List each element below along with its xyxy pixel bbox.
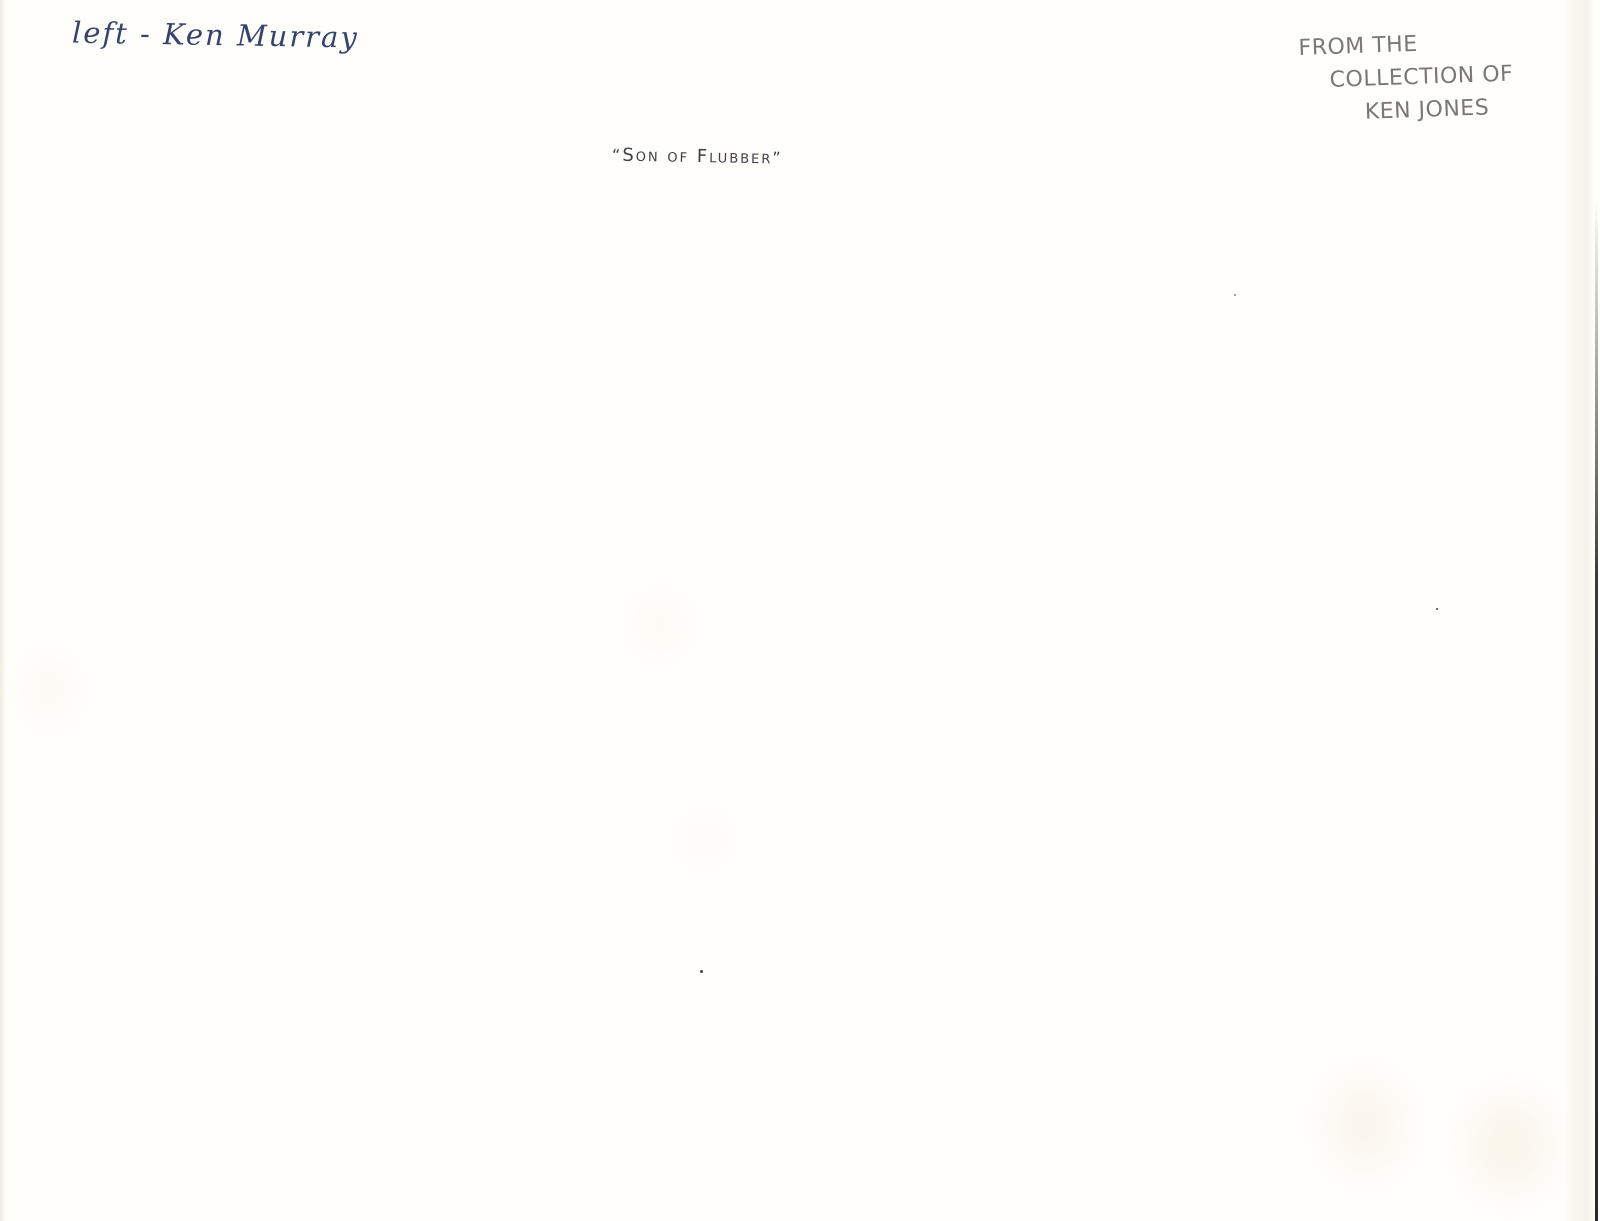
- paper-stain: [30, 660, 70, 720]
- paper-speck: [1234, 294, 1236, 296]
- handwritten-film-title: “Son of Flubber”: [612, 145, 783, 169]
- open-quote: “: [612, 146, 623, 165]
- stamp-line-3: KEN JONES: [1364, 91, 1515, 129]
- film-title-text: Son of Flubber: [622, 145, 772, 169]
- handwritten-caption-note: left - Ken Murray: [72, 16, 359, 55]
- paper-stain: [640, 600, 680, 650]
- collection-stamp: FROM THE COLLECTION OF KEN JONES: [1298, 25, 1515, 131]
- right-paper-edge: [1566, 0, 1600, 1221]
- paper-speck: [1436, 608, 1438, 610]
- paper-speck: [700, 970, 703, 973]
- paper-stain: [690, 820, 720, 860]
- paper-stain: [1470, 1100, 1550, 1190]
- left-paper-edge: [0, 0, 6, 1221]
- photo-back-sheet: left - Ken Murray “Son of Flubber” FROM …: [0, 0, 1600, 1221]
- close-quote: ”: [772, 148, 783, 167]
- paper-stain: [1330, 1080, 1400, 1170]
